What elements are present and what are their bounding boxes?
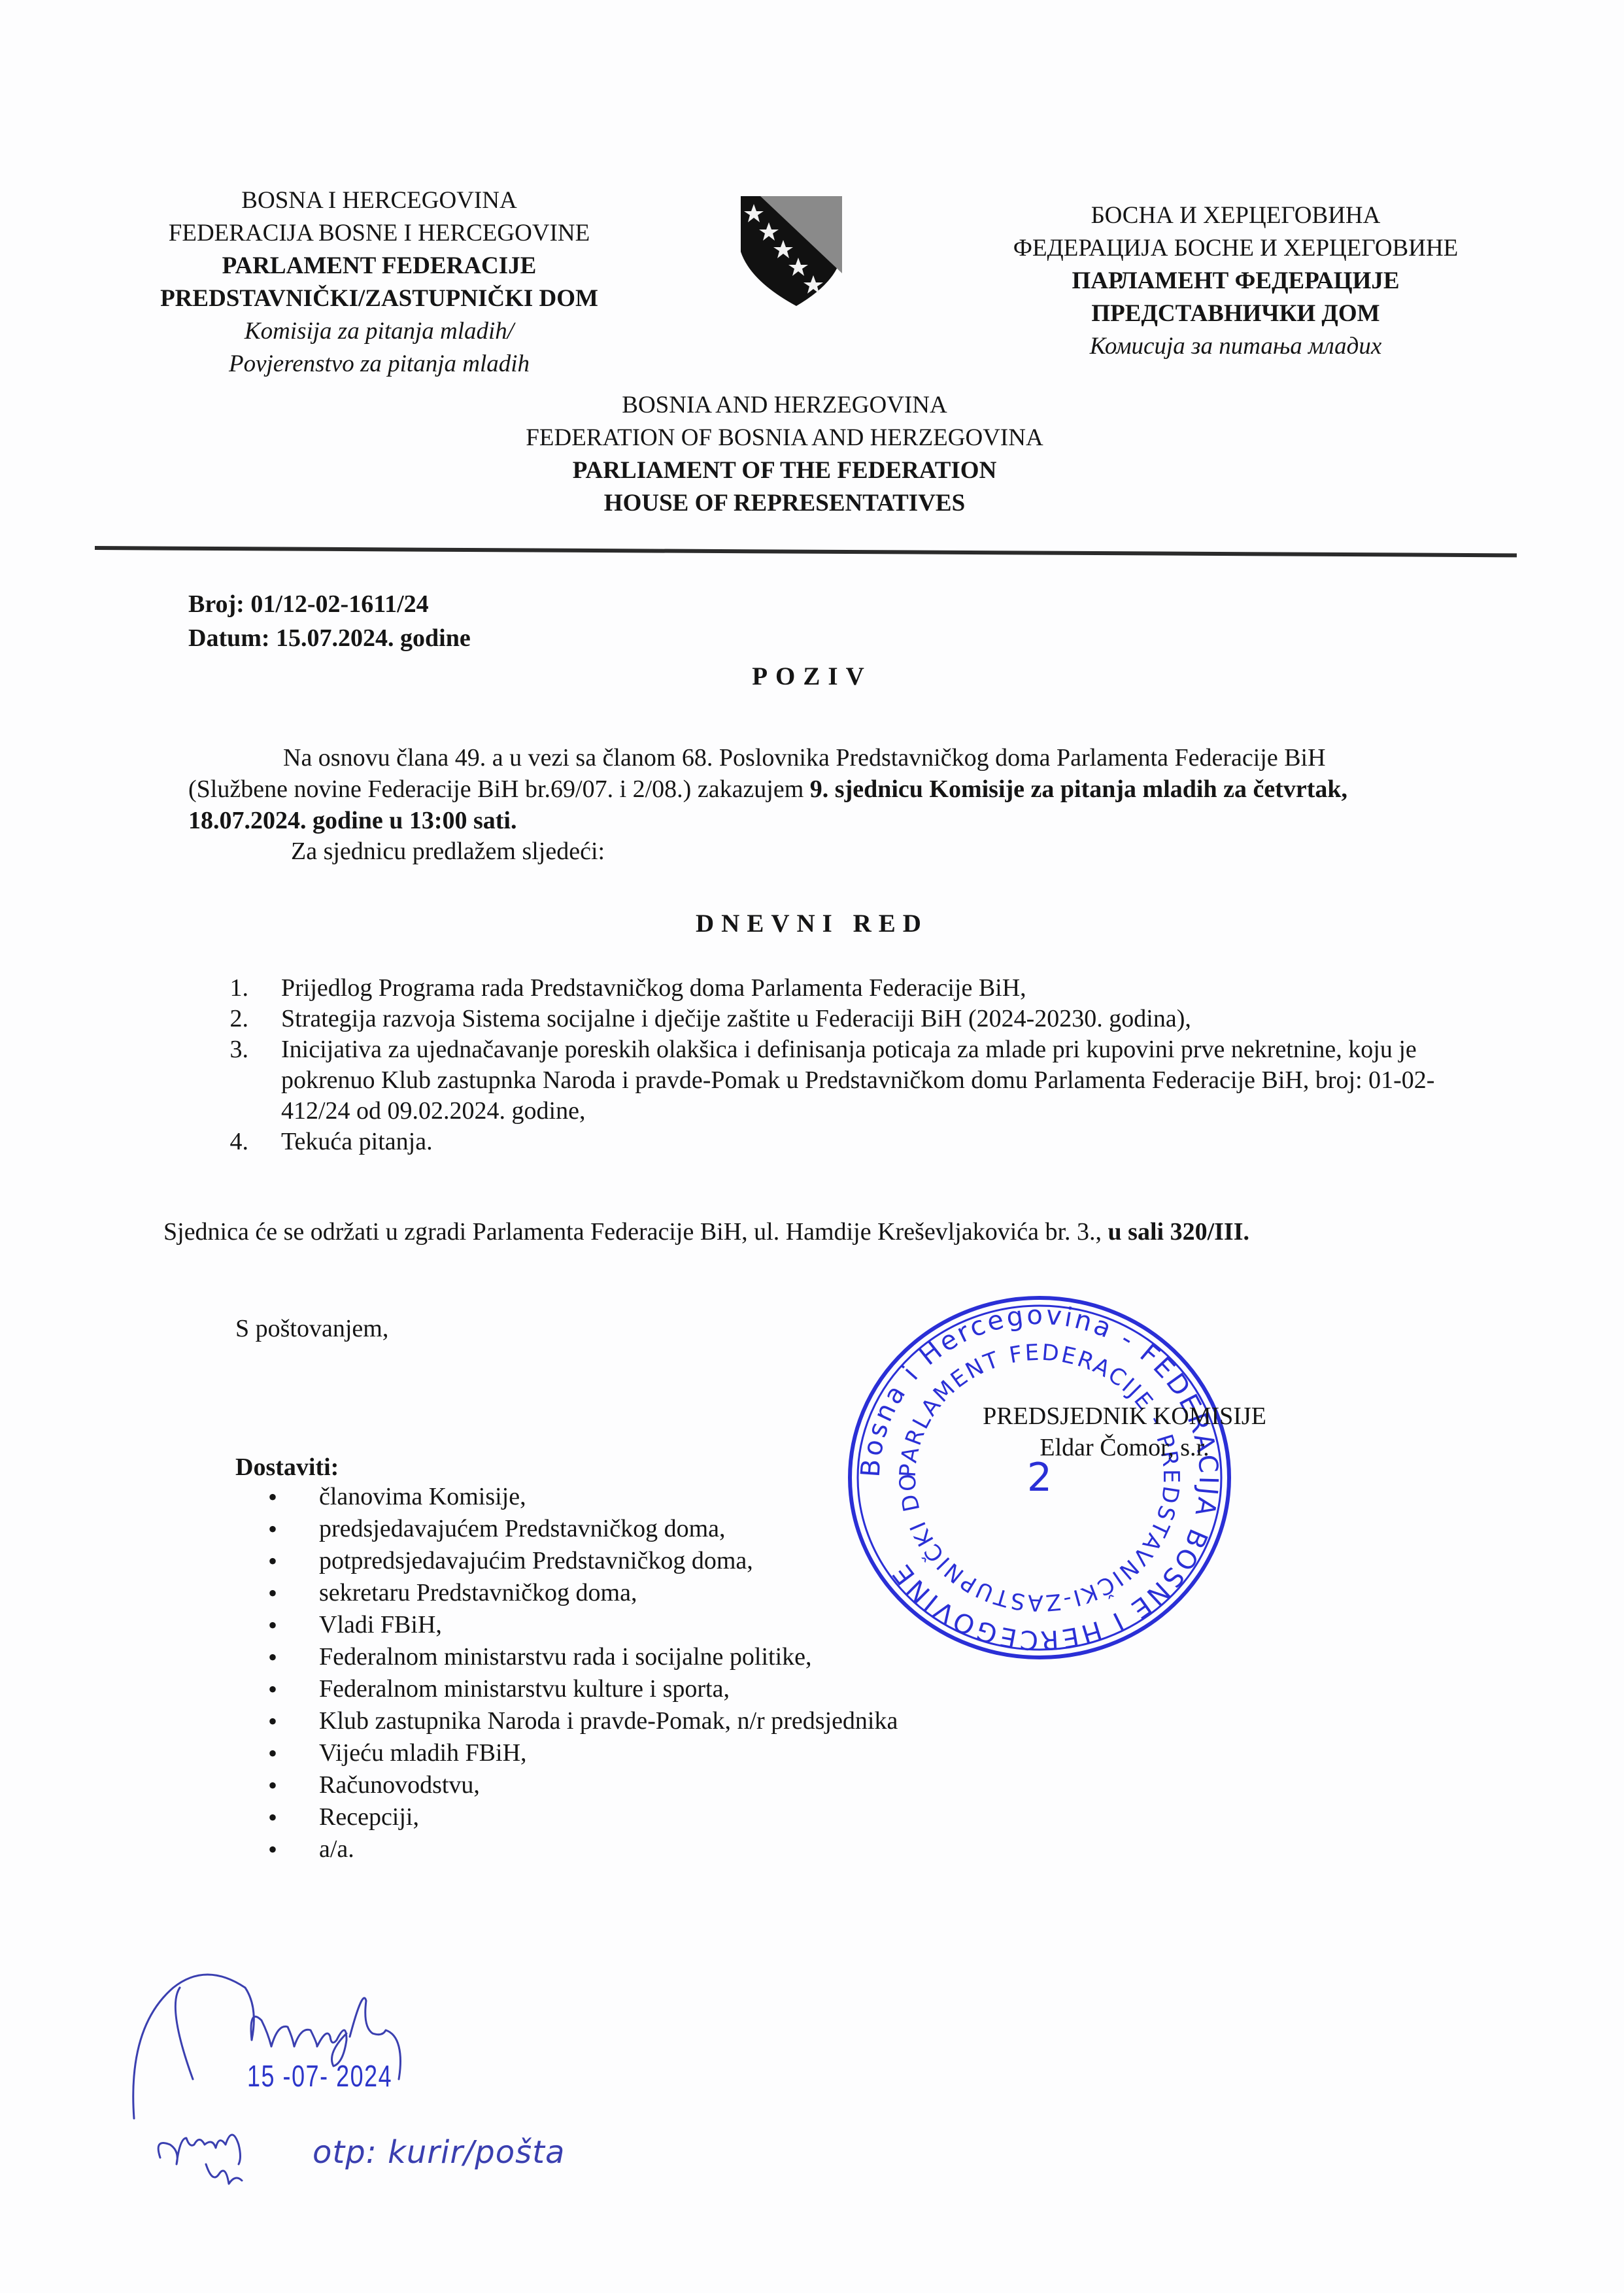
delivery-item: Računovodstvu, bbox=[268, 1769, 1118, 1801]
intro-propose: Za sjednicu predlažem sljedeći: bbox=[291, 837, 605, 866]
venue-text: Sjednica će se održati u zgradi Parlamen… bbox=[163, 1218, 1108, 1246]
delivery-item: potpredsjedavajućim Predstavničkog doma, bbox=[268, 1545, 1118, 1577]
intro-paragraph: Na osnovu člana 49. a u vezi sa članom 6… bbox=[188, 742, 1417, 836]
header-parliament: PARLAMENT FEDERACIJE bbox=[118, 250, 641, 282]
document-title: POZIV bbox=[0, 662, 1624, 691]
received-date-stamp: 15 -07- 2024 bbox=[247, 2058, 392, 2094]
agenda-list: 1.Prijedlog Programa rada Predstavničkog… bbox=[216, 973, 1445, 1157]
agenda-item: 2.Strategija razvoja Sistema socijalne i… bbox=[216, 1004, 1445, 1034]
delivery-item: predsjedavajućem Predstavničkog doma, bbox=[268, 1513, 1118, 1545]
delivery-item: članovima Komisije, bbox=[268, 1481, 1118, 1513]
header-cyrillic: БОСНА И ХЕРЦЕГОВИНА ФЕДЕРАЦИЈА БОСНЕ И Х… bbox=[941, 199, 1530, 363]
header-federation: FEDERACIJA BOSNE I HERCEGOVINE bbox=[118, 217, 641, 250]
delivery-item: Vladi FBiH, bbox=[268, 1609, 1118, 1641]
document-date: Datum: 15.07.2024. godine bbox=[188, 621, 471, 655]
handwritten-signature-icon bbox=[121, 1948, 709, 2230]
header-house: PREDSTAVNIČKI/ZASTUPNIČKI DOM bbox=[118, 282, 641, 315]
signer-name: Eldar Čomor, s.r. bbox=[928, 1432, 1321, 1463]
header-bosnian: BOSNA I HERCEGOVINA FEDERACIJA BOSNE I H… bbox=[118, 184, 641, 381]
agenda-item: 3.Inicijativa za ujednačavanje poreskih … bbox=[216, 1034, 1445, 1127]
delivery-list: članovima Komisije, predsjedavajućem Pre… bbox=[268, 1481, 1118, 1865]
header-divider bbox=[95, 546, 1517, 557]
delivery-item: Vijeću mladih FBiH, bbox=[268, 1737, 1118, 1769]
agenda-title: DNEVNI RED bbox=[0, 909, 1624, 938]
signature-block: PREDSJEDNIK KOMISIJE Eldar Čomor, s.r. bbox=[928, 1401, 1321, 1463]
header-parliament-en: PARLIAMENT OF THE FEDERATION bbox=[392, 454, 1177, 487]
document-number: Broj: 01/12-02-1611/24 bbox=[188, 587, 471, 621]
header-country-cyr: БОСНА И ХЕРЦЕГОВИНА bbox=[941, 199, 1530, 232]
header-commission-cyr: Комисија за питања младих bbox=[941, 330, 1530, 363]
header-parliament-cyr: ПАРЛАМЕНТ ФЕДЕРАЦИЈЕ bbox=[941, 265, 1530, 297]
document-meta: Broj: 01/12-02-1611/24 Datum: 15.07.2024… bbox=[188, 587, 471, 655]
agenda-item: 4.Tekuća pitanja. bbox=[216, 1127, 1445, 1157]
header-house-cyr: ПРЕДСТАВНИЧКИ ДОМ bbox=[941, 297, 1530, 330]
venue-paragraph: Sjednica će se održati u zgradi Parlamen… bbox=[163, 1216, 1340, 1248]
delivery-item: a/a. bbox=[268, 1833, 1118, 1865]
header-country: BOSNA I HERCEGOVINA bbox=[118, 184, 641, 217]
header-commission: Komisija za pitanja mladih/ bbox=[118, 315, 641, 348]
delivery-item: Federalnom ministarstvu rada i socijalne… bbox=[268, 1641, 1118, 1673]
delivery-heading: Dostaviti: bbox=[235, 1453, 339, 1482]
header-country-en: BOSNIA AND HERZEGOVINA bbox=[392, 389, 1177, 422]
agenda-item: 1.Prijedlog Programa rada Predstavničkog… bbox=[216, 973, 1445, 1004]
closing: S poštovanjem, bbox=[235, 1314, 388, 1343]
delivery-item: Federalnom ministarstvu kulture i sporta… bbox=[268, 1673, 1118, 1705]
delivery-item: Klub zastupnika Naroda i pravde-Pomak, n… bbox=[268, 1705, 1118, 1737]
header-english: BOSNIA AND HERZEGOVINA FEDERATION OF BOS… bbox=[392, 389, 1177, 520]
header-federation-cyr: ФЕДЕРАЦИЈА БОСНЕ И ХЕРЦЕГОВИНЕ bbox=[941, 232, 1530, 265]
delivery-item: sekretaru Predstavničkog doma, bbox=[268, 1577, 1118, 1609]
delivery-item: Recepciji, bbox=[268, 1801, 1118, 1833]
venue-room: u sali 320/III. bbox=[1108, 1218, 1249, 1246]
coat-of-arms-icon bbox=[731, 190, 845, 307]
header-commission-alt: Povjerenstvo za pitanja mladih bbox=[118, 348, 641, 381]
header-house-en: HOUSE OF REPRESENTATIVES bbox=[392, 487, 1177, 520]
header-federation-en: FEDERATION OF BOSNIA AND HERZEGOVINA bbox=[392, 422, 1177, 454]
handwritten-note: otp: kurir/pošta bbox=[313, 2134, 565, 2171]
signer-title: PREDSJEDNIK KOMISIJE bbox=[928, 1401, 1321, 1432]
